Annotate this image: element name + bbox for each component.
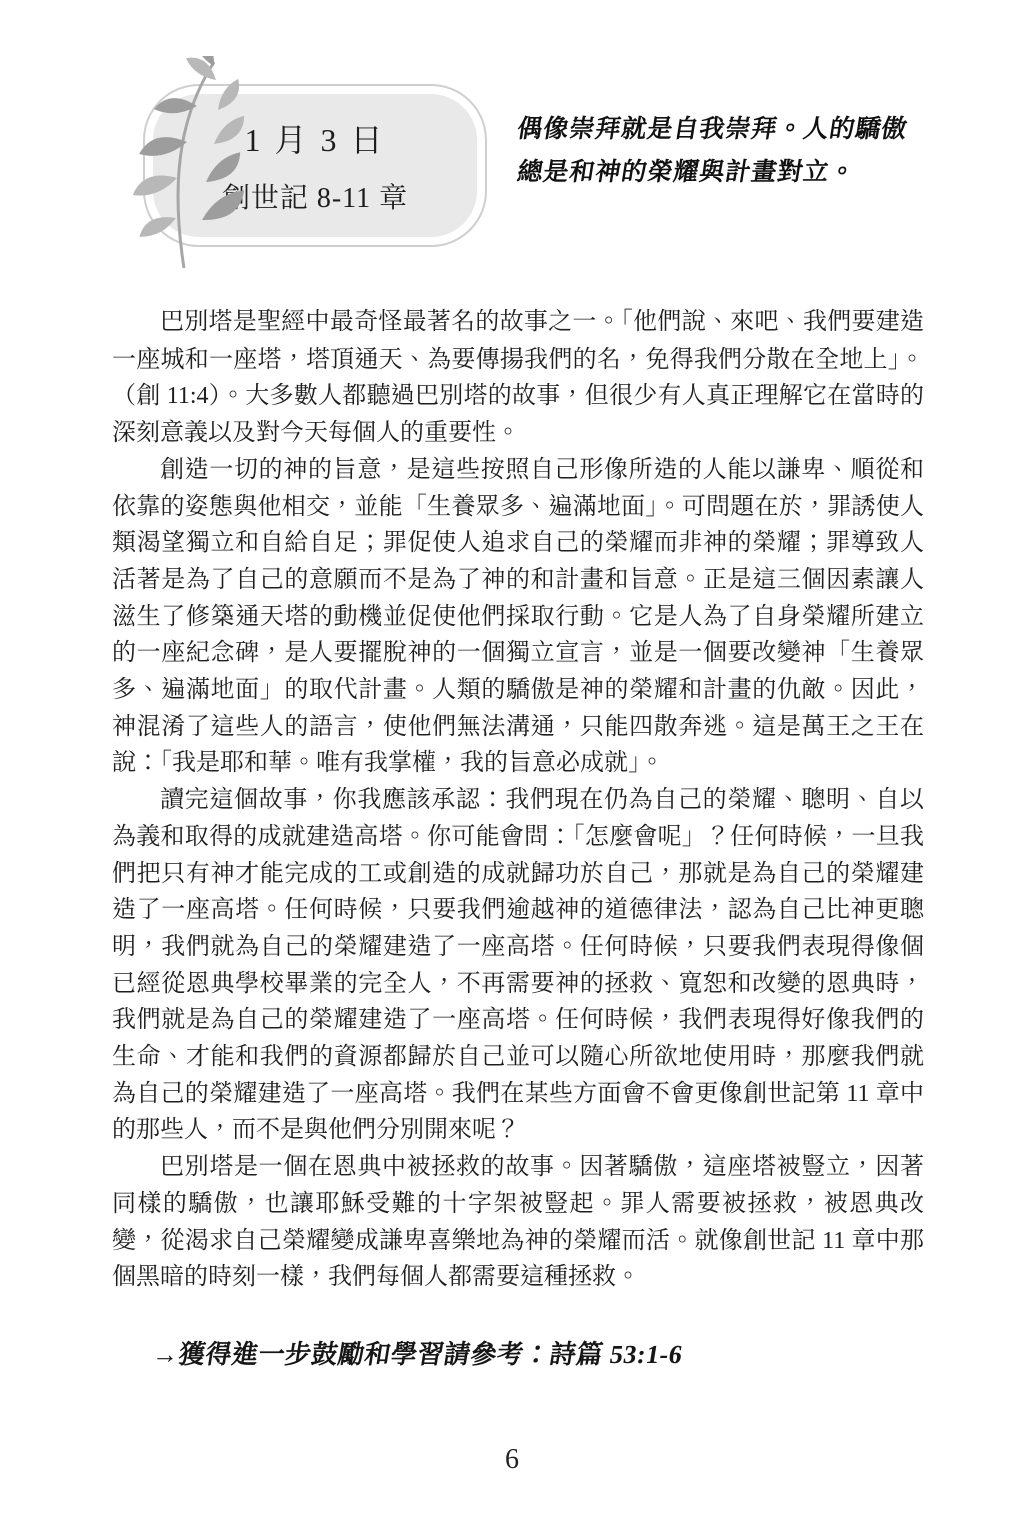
paragraph: 讀完這個故事，你我應該承認：我們現在仍為自己的榮耀、聰明、自以為義和取得的成就建… bbox=[112, 782, 924, 1149]
paragraph: 創造一切的神的旨意，是這些按照自己形像所造的人能以謙卑、順從和依靠的姿態與他相交… bbox=[112, 452, 924, 782]
body-text: 巴別塔是一個在恩典中被拯救的故事。因著驕傲，這座塔被豎立，因著同樣的驕傲，也讓耶… bbox=[112, 1154, 924, 1290]
theme-quote: 偶像崇拜就是自我崇拜。人的驕傲總是和神的榮耀與計畫對立。 bbox=[514, 108, 944, 194]
study-reference-text: →獲得進一步鼓勵和學習請參考：詩篇 53:1-6 bbox=[150, 1334, 686, 1371]
passage-label: 創世記 8-11 章 bbox=[222, 176, 408, 216]
theme-quote-line: 偶像崇拜就是自我崇拜。人的驕傲 bbox=[514, 108, 951, 151]
body-text: 巴別塔是聖經中最奇怪最著名的故事之一。「 bbox=[160, 309, 633, 335]
header-box: 1 月 3 日 創世記 8-11 章 bbox=[143, 84, 487, 247]
devotional-page: 1 月 3 日 創世記 8-11 章 偶像崇拜就是自我崇拜。人的驕傲總是和神的榮… bbox=[0, 0, 1024, 1526]
theme-quote-line: 總是和神的榮耀與計畫對立。 bbox=[514, 151, 951, 194]
study-reference: →獲得進一步鼓勵和學習請參考：詩篇 53:1-6 bbox=[150, 1334, 680, 1371]
body-text: 創造一切的神的旨意，是這些按照自己形像所造的人能以謙卑、順從和依靠的姿態與他相交… bbox=[112, 457, 924, 777]
header-box-inner: 1 月 3 日 創世記 8-11 章 bbox=[153, 94, 477, 237]
paragraph: 巴別塔是一個在恩典中被拯救的故事。因著驕傲，這座塔被豎立，因著同樣的驕傲，也讓耶… bbox=[112, 1149, 924, 1296]
body-text: 讀完這個故事，你我應該承認：我們現在仍為自己的榮耀、聰明、自以為義和取得的成就建… bbox=[112, 787, 924, 1143]
article-paragraphs: 巴別塔是聖經中最奇怪最著名的故事之一。「他們說、來吧、我們要建造一座城和一座塔，… bbox=[112, 303, 924, 1296]
date-label: 1 月 3 日 bbox=[244, 115, 385, 161]
page-number: 6 bbox=[0, 1444, 1024, 1476]
paragraph: 巴別塔是聖經中最奇怪最著名的故事之一。「他們說、來吧、我們要建造一座城和一座塔，… bbox=[112, 303, 924, 452]
